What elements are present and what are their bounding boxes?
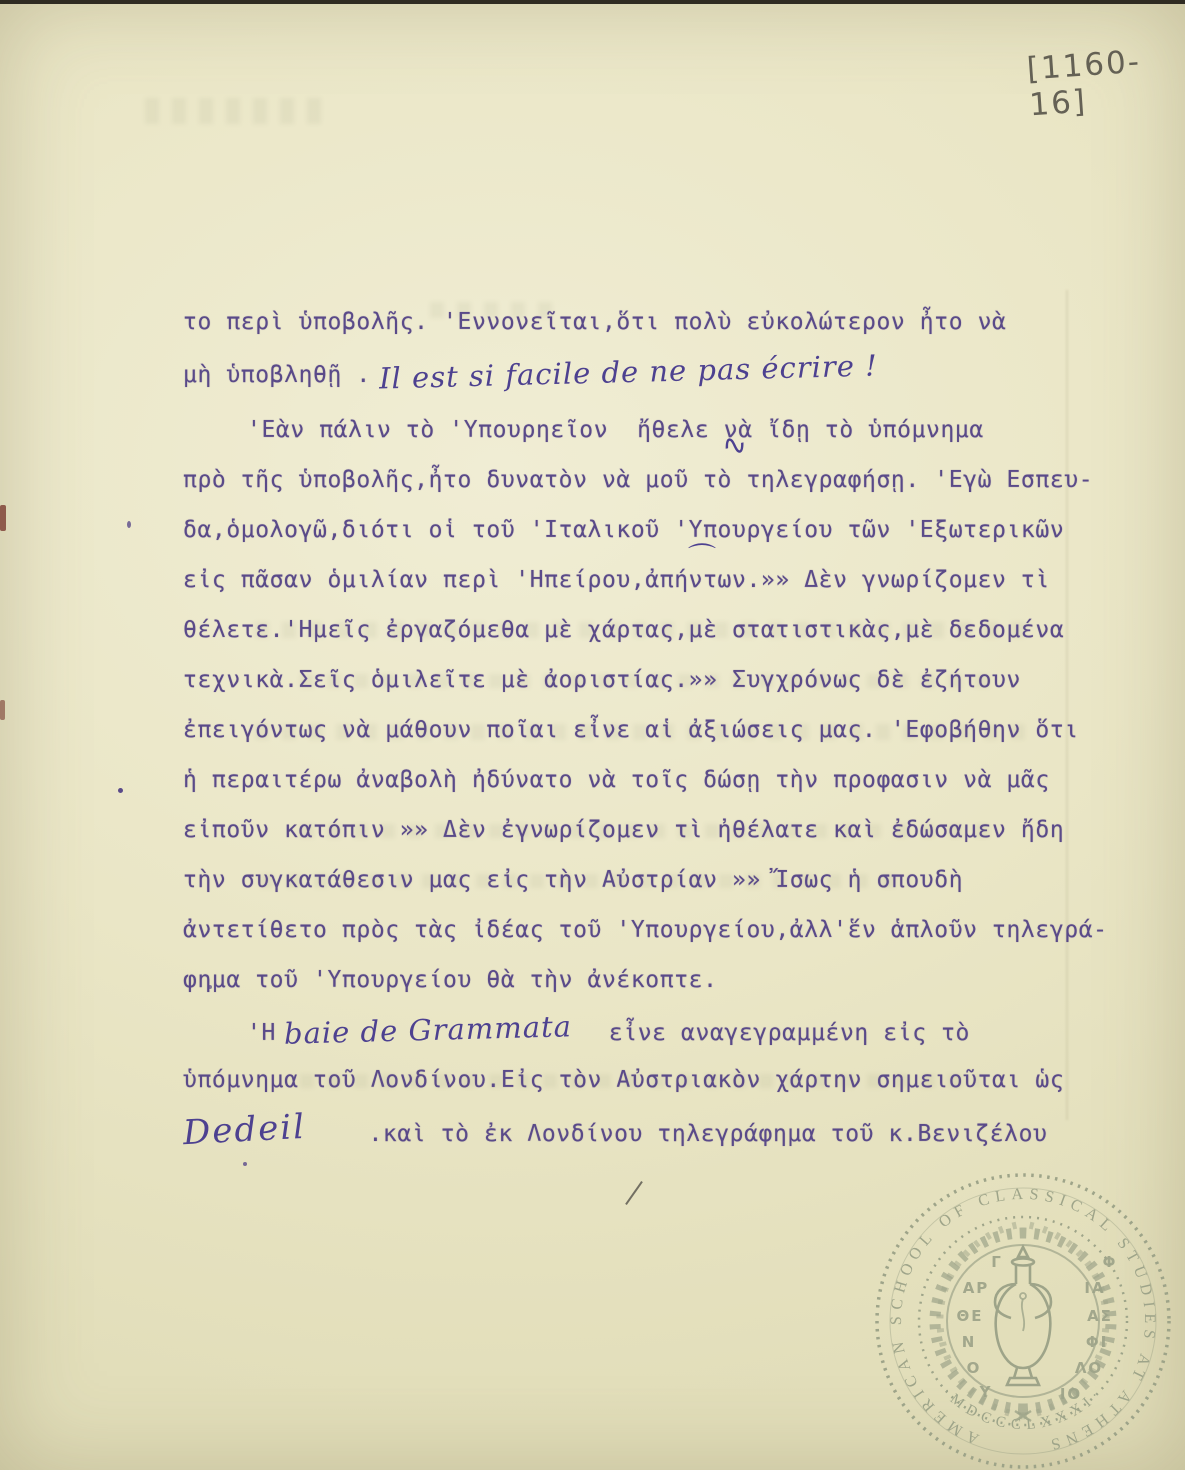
document-line: τεχνικὰ.Σεῖς ὁμιλεῖτε μὲ ἀοριστίας.»» Συ… bbox=[183, 655, 1113, 705]
seal-letter: ΛΟ bbox=[1075, 1359, 1103, 1377]
typed-text: ἀντετίθετο πρὸς τὰς ἰδέας τοῦ 'Υπουργείο… bbox=[183, 917, 1108, 943]
document-line: μὴ ὑποβληθῇ .Il est si facile de ne pas … bbox=[183, 347, 1113, 397]
seal-letter: ΑΣ bbox=[1087, 1307, 1113, 1325]
seal-letter: ΦΙ bbox=[1086, 1333, 1108, 1351]
handwritten-text: Dedeil bbox=[182, 1102, 307, 1158]
seal-letter: ΙΟ bbox=[1060, 1385, 1082, 1403]
document-line: εἰς πᾶσαν ὁμιλίαν περὶ 'Ηπείρου,ἀπήντων.… bbox=[183, 555, 1113, 605]
typed-text: πρὸ τῆς ὑποβολῆς,ἦτο δυνατὸν νὰ μοῦ τὸ τ… bbox=[183, 467, 1093, 493]
typed-text: .καὶ τὸ ἐκ Λονδίνου τηλεγράφημα τοῦ κ.Βε… bbox=[354, 1121, 1047, 1147]
seal-letter: ΙΑ bbox=[1084, 1279, 1105, 1297]
seal-amphora bbox=[995, 1247, 1051, 1385]
archive-reference-number: [1160-16] bbox=[1026, 41, 1185, 124]
ascsa-seal-stamp: AMERICAN SCHOOL OF CLASSICAL STUDIES AT … bbox=[868, 1166, 1178, 1470]
document-body: το περὶ ὑποβολῆς. 'Εννονεῖται,ὅτι πολὺ ε… bbox=[183, 297, 1113, 1155]
typed-text: εἶνε αναγεγραμμένη εἰς τὸ bbox=[580, 1020, 970, 1046]
seal-letter: Ν bbox=[962, 1333, 977, 1351]
document-line: 'Εὰν πάλιν τὸ 'Υπουρηεῖον ἤθελε νὰ ἴδῃ τ… bbox=[183, 405, 1113, 455]
handwritten-arc-annotation: ⌒ bbox=[688, 536, 716, 576]
typed-text: τεχνικὰ.Σεῖς ὁμιλεῖτε μὲ ἀοριστίας.»» Συ… bbox=[183, 667, 1021, 693]
edge-blemish bbox=[0, 505, 6, 531]
ink-speck bbox=[243, 1162, 247, 1166]
document-line: φημα τοῦ 'Υπουργείου θὰ τὴν ἀνέκοπτε. bbox=[183, 955, 1113, 1005]
ink-speck bbox=[127, 521, 131, 528]
handwritten-text: Il est si facile de ne pas écrire ! bbox=[378, 340, 878, 403]
document-line: 'Ηbaie de Grammata εἶνε αναγεγραμμένη εἰ… bbox=[183, 1005, 1113, 1055]
document-line: το περὶ ὑποβολῆς. 'Εννονεῖται,ὅτι πολὺ ε… bbox=[183, 297, 1113, 347]
seal-letter: Υ bbox=[979, 1383, 993, 1401]
typed-text: ἡ περαιτέρω ἀναβολὴ ἠδύνατο νὰ τοῖς δώσῃ… bbox=[183, 767, 1050, 793]
typed-text: φημα τοῦ 'Υπουργείου θὰ τὴν ἀνέκοπτε. bbox=[183, 967, 718, 993]
seal-letter: Ο bbox=[967, 1359, 982, 1377]
typed-text: 'Η bbox=[247, 1020, 276, 1046]
typed-text: 'Εὰν πάλιν τὸ 'Υπουρηεῖον ἤθελε νὰ ἴδῃ τ… bbox=[247, 417, 984, 443]
typed-text: το περὶ ὑποβολῆς. 'Εννονεῖται,ὅτι πολὺ ε… bbox=[183, 309, 1007, 335]
document-line: ἀντετίθετο πρὸς τὰς ἰδέας τοῦ 'Υπουργείο… bbox=[183, 905, 1113, 955]
typed-text: δα,ὁμολογῶ,διότι οἱ τοῦ 'Ιταλικοῦ 'Υπουρ… bbox=[183, 517, 1064, 543]
seal-letter: ΘΕ bbox=[957, 1307, 984, 1325]
pencil-check-mark bbox=[625, 1181, 643, 1205]
document-line: πρὸ τῆς ὑποβολῆς,ἦτο δυνατὸν νὰ μοῦ τὸ τ… bbox=[183, 455, 1113, 505]
document-line: εἰποῦν κατόπιν »» Δὲν ἐγνωρίζομεν τὶ ἠθέ… bbox=[183, 805, 1113, 855]
typed-text: εἰς πᾶσαν ὁμιλίαν περὶ 'Ηπείρου,ἀπήντων.… bbox=[183, 567, 1050, 593]
bleed-through bbox=[145, 98, 325, 124]
ink-speck bbox=[118, 788, 123, 793]
typed-text: τὴν συγκατάθεσιν μας εἰς τὴν Αὐστρίαν »»… bbox=[183, 867, 963, 893]
seal-letter: Γ bbox=[991, 1253, 1003, 1271]
typed-text: ἐπειγόντως νὰ μάθουν ποῖαι εἶνε αἱ ἀξιώσ… bbox=[183, 717, 1079, 743]
seal-letter: Φ bbox=[1103, 1253, 1118, 1271]
scan-edge-top bbox=[0, 0, 1185, 4]
document-line: ὑπόμνημα τοῦ Λονδίνου.Εἰς τὸν Αὐστριακὸν… bbox=[183, 1055, 1113, 1105]
document-line: θέλετε.'Ημεῖς ἐργαζόμεθα μὲ χάρτας,μὲ στ… bbox=[183, 605, 1113, 655]
typed-text: ὑπόμνημα τοῦ Λονδίνου.Εἰς τὸν Αὐστριακὸν… bbox=[183, 1067, 1064, 1093]
document-line: δα,ὁμολογῶ,διότι οἱ τοῦ 'Ιταλικοῦ 'Υπουρ… bbox=[183, 505, 1113, 555]
edge-blemish bbox=[0, 700, 5, 720]
document-line: ἡ περαιτέρω ἀναβολὴ ἠδύνατο νὰ τοῖς δώσῃ… bbox=[183, 755, 1113, 805]
document-line: τὴν συγκατάθεσιν μας εἰς τὴν Αὐστρίαν »»… bbox=[183, 855, 1113, 905]
seal-letter: ΑΡ bbox=[963, 1279, 990, 1297]
typed-text: θέλετε.'Ημεῖς ἐργαζόμεθα μὲ χάρτας,μὲ στ… bbox=[183, 617, 1064, 643]
scanned-letter-page: [1160-16] το περὶ ὑποβολῆς. 'Εννονεῖται,… bbox=[0, 0, 1185, 1470]
typed-text: μὴ ὑποβληθῇ . bbox=[183, 362, 371, 388]
typed-text: εἰποῦν κατόπιν »» Δὲν ἐγνωρίζομεν τὶ ἠθέ… bbox=[183, 817, 1064, 843]
document-line: ἐπειγόντως νὰ μάθουν ποῖαι εἶνε αἱ ἀξιώσ… bbox=[183, 705, 1113, 755]
document-line: Dedeil .καὶ τὸ ἐκ Λονδίνου τηλεγράφημα τ… bbox=[183, 1105, 1113, 1155]
handwritten-text: baie de Grammata bbox=[283, 1001, 572, 1059]
